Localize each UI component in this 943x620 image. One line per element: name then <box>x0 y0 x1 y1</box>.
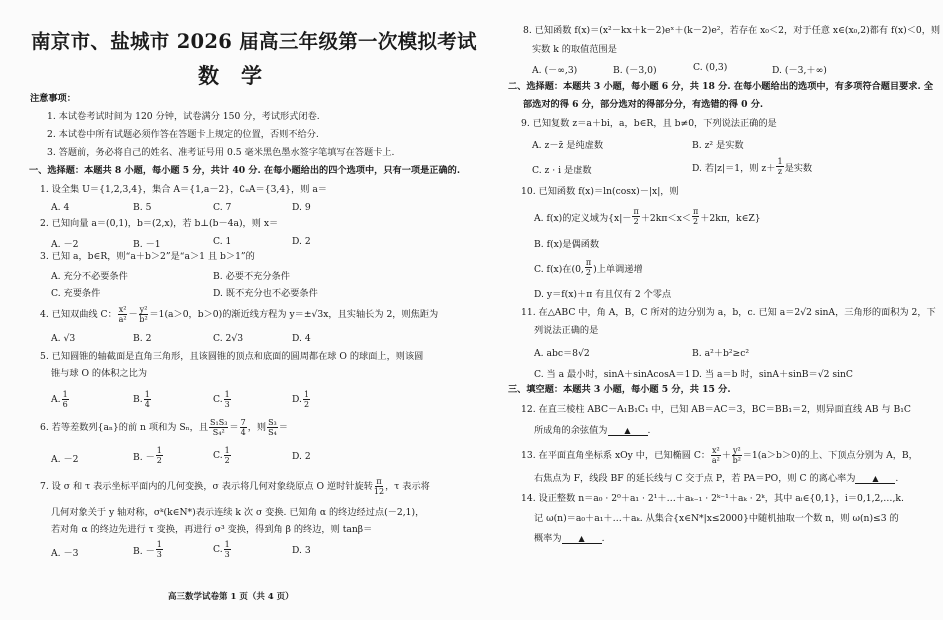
question-1-stem: 1. 设全集 U＝{1,2,3,4}，集合 A＝{1,a－2}，∁ᵤA＝{3,4… <box>40 184 327 196</box>
q3-option-d[interactable]: D. 既不充分也不必要条件 <box>213 285 318 299</box>
q10-option-a-fraction-2: π2 <box>692 207 699 226</box>
question-11-stem-line2: 列说法正确的是 <box>534 325 598 337</box>
q11-option-b[interactable]: B. a²＋b²≥c² <box>692 345 749 359</box>
q2-option-a[interactable]: A. －2 <box>51 236 79 250</box>
q5-option-b[interactable]: B. 14 <box>133 390 152 409</box>
frac-den: 2 <box>304 400 309 409</box>
frac-den: 4 <box>145 400 150 409</box>
q10-option-c-post: )上单调递增 <box>593 261 643 275</box>
frac-num: y² <box>732 446 742 456</box>
q4-option-d[interactable]: D. 4 <box>292 333 311 344</box>
frac-den: S₄² <box>213 428 225 437</box>
question-5-stem-line1: 5. 已知圆锥的轴截面是直角三角形，且该圆锥的顶点和底面的圆周都在球 O 的球面… <box>40 351 423 363</box>
frac-num: S₃ <box>267 418 278 428</box>
q7-stem-pre: 7. 设 σ 和 τ 表示坐标平面内的几何变换，σ 表示将几何对象绕原点 O 逆… <box>40 481 373 493</box>
q4-frac-x-num: x² <box>118 305 128 315</box>
q9-option-d-post: 是实数 <box>785 160 813 174</box>
frac-den: 2 <box>157 456 162 465</box>
q5-option-d[interactable]: D. 12 <box>292 390 311 409</box>
q2-option-c[interactable]: C. 1 <box>213 236 231 247</box>
q6-option-c-label: C. <box>213 450 223 461</box>
question-12-stem-line2: 所成角的余弦值为▲. <box>534 425 650 437</box>
frac-num: 1 <box>156 446 163 456</box>
q6-option-b-fraction: 12 <box>156 446 163 465</box>
q7-option-b-label: B. － <box>133 543 155 557</box>
q11-option-c[interactable]: C. 当 a 最小时，sinA＋sinAcosA＝1 <box>534 366 690 380</box>
q14-answer-blank[interactable]: ▲ <box>562 534 602 544</box>
q5-option-a-label: A. <box>51 394 61 405</box>
q1-option-b[interactable]: B. 5 <box>133 202 151 213</box>
q6-end: ＝ <box>279 422 288 434</box>
frac-den: z <box>778 167 782 176</box>
notice-3: 3. 答题前，务必将自己的姓名、准考证号用 0.5 毫米黑色墨水签字笔填写在答题… <box>47 147 394 159</box>
section-3-heading: 三、填空题：本题共 3 小题，每小题 5 分，共 15 分. <box>508 384 731 396</box>
notice-2: 2. 本试卷中所有试题必须作答在答题卡上规定的位置，否则不给分. <box>47 129 319 141</box>
q6-stem-pre: 6. 若等差数列{aₙ}的前 n 项和为 Sₙ，且 <box>40 422 208 434</box>
q10-option-a-fraction-1: π2 <box>632 207 639 226</box>
q7-fraction-pi-12: π12 <box>374 477 384 496</box>
q8-option-c[interactable]: C. (0,3) <box>693 62 727 73</box>
frac-num: S₁S₃ <box>209 418 228 428</box>
q6-then: ，则 <box>248 422 266 434</box>
q10-option-a[interactable]: A. f(x)的定义域为{x|－ π2 ＋2kπ＜x＜ π2 ＋2kπ，k∈Z} <box>534 207 761 226</box>
q14-end: . <box>602 533 605 544</box>
section-2-heading-line1: 二、选择题：本题共 3 小题，每小题 6 分，共 18 分. 在每小题给出的选项… <box>508 81 933 93</box>
question-14-stem-line3: 概率为▲. <box>534 533 604 545</box>
q6-fraction-1: S₁S₃S₄² <box>209 418 228 437</box>
frac-den: b² <box>733 456 741 465</box>
q11-option-a[interactable]: A. abc＝8√2 <box>534 345 590 359</box>
frac-den: 6 <box>63 400 68 409</box>
frac-num: x² <box>711 446 721 456</box>
notice-heading: 注意事项： <box>30 93 76 105</box>
q4-stem-post: ＝1(a＞0，b＞0)的渐近线方程为 y＝±√3x，且实轴长为 2，则焦距为 <box>149 309 438 321</box>
frac-num: 1 <box>303 390 310 400</box>
q10-option-a-pre: A. f(x)的定义域为{x|－ <box>534 210 631 224</box>
question-14-stem-line1: 14. 设正整数 n＝a₀ · 2⁰＋a₁ · 2¹＋…＋aₖ₋₁ · 2ᵏ⁻¹… <box>521 493 904 505</box>
q6-fraction-3: S₃S₄ <box>267 418 278 437</box>
q5-option-a-fraction: 16 <box>62 390 69 409</box>
frac-num: π <box>692 207 699 217</box>
q6-option-b[interactable]: B. － 12 <box>133 446 164 465</box>
frac-num: 7 <box>240 418 247 428</box>
q3-option-a[interactable]: A. 充分不必要条件 <box>51 268 128 282</box>
q9-option-c[interactable]: C. z · i 是虚数 <box>532 162 592 176</box>
q13-stem-post: ＝1(a＞b＞0)的上、下顶点分别为 A，B， <box>743 450 918 462</box>
frac-den: 2 <box>586 268 591 277</box>
question-14-stem-line2: 记 ω(n)＝a₀＋a₁＋…＋aₖ. 从集合{x∈N*|x≤2000}中随机抽取… <box>534 513 899 525</box>
frac-num: π <box>375 477 382 487</box>
q5-option-b-fraction: 14 <box>144 390 151 409</box>
q7-option-c-label: C. <box>213 544 223 555</box>
q8-option-d[interactable]: D. (－3,＋∞) <box>772 62 827 76</box>
q11-option-d[interactable]: D. 当 a＝b 时，sinA＋sinB＝√2 sinC <box>692 366 853 380</box>
q10-option-d[interactable]: D. y＝f(x)＋π 有且仅有 2 个零点 <box>534 286 671 300</box>
q7-option-a[interactable]: A. －3 <box>51 545 79 559</box>
frac-num: π <box>632 207 639 217</box>
question-4-stem: 4. 已知双曲线 C： x²a² － y²b² ＝1(a＞0，b＞0)的渐近线方… <box>40 305 438 324</box>
q6-option-d[interactable]: D. 2 <box>292 451 311 462</box>
page-footer: 高三数学试卷第 1 页（共 4 页） <box>168 590 294 602</box>
q13-answer-blank[interactable]: ▲ <box>855 474 895 484</box>
q7-option-b-fraction: 13 <box>156 540 163 559</box>
question-8-stem-line1: 8. 已知函数 f(x)＝(x²－kx＋k－2)eˣ＋(k－2)e²，若存在 x… <box>523 25 940 37</box>
frac-den: 2 <box>634 217 639 226</box>
notice-1: 1. 本试卷考试时间为 120 分钟，试卷满分 150 分，考试形式闭卷. <box>47 111 320 123</box>
q12-end: . <box>648 425 651 436</box>
q2-option-d[interactable]: D. 2 <box>292 236 311 247</box>
q4-frac-y-num: y² <box>139 305 149 315</box>
question-7-stem-line2: 几何对象关于 y 轴对称，σᵏ(k∈N*)表示连续 k 次 σ 变换. 已知角 … <box>51 507 424 519</box>
q9-option-d-fraction: 1z <box>776 157 783 176</box>
q3-option-b[interactable]: B. 必要不充分条件 <box>213 268 290 282</box>
q13-fraction-x: x²a² <box>711 446 721 465</box>
q4-frac-x-den: a² <box>119 315 127 324</box>
q10-option-c-pre: C. f(x)在(0, <box>534 261 584 275</box>
q3-option-c[interactable]: C. 充要条件 <box>51 285 100 299</box>
q6-fraction-2: 74 <box>240 418 247 437</box>
exam-title: 南京市、盐城市 2026 届高三年级第一次模拟考试 <box>31 26 477 54</box>
frac-num: 1 <box>144 390 151 400</box>
q12-stem-text: 所成角的余弦值为 <box>534 425 608 436</box>
q7-stem-post: ，τ 表示将 <box>385 481 430 493</box>
q10-option-c-fraction: π2 <box>585 258 592 277</box>
q7-option-c-fraction: 13 <box>224 540 231 559</box>
q5-option-d-label: D. <box>292 394 302 405</box>
q6-equals: ＝ <box>229 422 238 434</box>
q9-option-b[interactable]: B. z² 是实数 <box>692 137 744 151</box>
q13-fraction-y: y²b² <box>732 446 742 465</box>
subject-title: 数学 <box>198 60 284 90</box>
q5-option-c-fraction: 13 <box>224 390 231 409</box>
question-8-stem-line2: 实数 k 的取值范围是 <box>532 44 617 56</box>
q5-option-d-fraction: 12 <box>303 390 310 409</box>
q2-option-b[interactable]: B. －1 <box>133 236 161 250</box>
q6-option-b-label: B. － <box>133 449 155 463</box>
q9-option-a[interactable]: A. z－z̄ 是纯虚数 <box>532 137 603 151</box>
q13-stem-text: 右焦点为 F，线段 BF 的延长线与 C 交于点 P，若 PA＝PO，则 C 的… <box>534 473 855 484</box>
question-6-stem: 6. 若等差数列{aₙ}的前 n 项和为 Sₙ，且 S₁S₃S₄² ＝ 74 ，… <box>40 418 288 437</box>
q9-option-d[interactable]: D. 若|z|＝1，则 z＋ 1z 是实数 <box>692 157 812 176</box>
q4-fraction-x: x²a² <box>118 305 128 324</box>
frac-den: 3 <box>225 400 230 409</box>
frac-num: 1 <box>224 540 231 550</box>
frac-den: 3 <box>157 550 162 559</box>
q7-option-b[interactable]: B. － 13 <box>133 540 164 559</box>
frac-num: 1 <box>62 390 69 400</box>
q9-option-d-pre: D. 若|z|＝1，则 z＋ <box>692 160 775 174</box>
q8-option-b[interactable]: B. (－3,0) <box>613 62 657 76</box>
frac-num: 1 <box>156 540 163 550</box>
frac-den: 4 <box>241 428 246 437</box>
question-13-stem-line1: 13. 在平面直角坐标系 xOy 中，已知椭圆 C： x²a² ＋ y²b² ＝… <box>521 446 918 465</box>
q4-fraction-y: y²b² <box>139 305 149 324</box>
section-1-heading: 一、选择题：本题共 8 小题，每小题 5 分，共计 40 分. 在每小题给出的四… <box>29 165 460 177</box>
question-7-stem-line3: 若对角 α 的终边先进行 τ 变换，再进行 σ³ 变换，得到角 β 的终边，则 … <box>51 524 372 536</box>
q4-option-b[interactable]: B. 2 <box>133 333 151 344</box>
section-2-heading-line2: 部选对的得 6 分，部分选对的得部分分，有选错的得 0 分. <box>523 99 763 111</box>
q13-end: . <box>895 473 898 484</box>
q12-answer-blank[interactable]: ▲ <box>608 426 648 436</box>
question-3-stem: 3. 已知 a，b∈R，则“a＋b＞2”是“a＞1 且 b＞1”的 <box>40 251 255 263</box>
q6-option-c[interactable]: C. 12 <box>213 446 232 465</box>
frac-den: 2 <box>225 456 230 465</box>
question-9-stem: 9. 已知复数 z＝a＋bi，a，b∈R，且 b≠0，下列说法正确的是 <box>521 118 777 130</box>
question-2-stem: 2. 已知向量 a＝(0,1)，b＝(2,x)，若 b⊥(b－4a)，则 x＝ <box>40 218 278 230</box>
question-7-stem-line1: 7. 设 σ 和 τ 表示坐标平面内的几何变换，σ 表示将几何对象绕原点 O 逆… <box>40 477 430 496</box>
q5-option-c-label: C. <box>213 394 223 405</box>
q4-option-a[interactable]: A. √3 <box>51 333 75 344</box>
question-12-stem-line1: 12. 在直三棱柱 ABC－A₁B₁C₁ 中，已知 AB＝AC＝3，BC＝BB₁… <box>521 404 911 416</box>
q14-stem-text: 概率为 <box>534 533 562 544</box>
question-10-stem: 10. 已知函数 f(x)＝ln(cosx)－|x|，则 <box>521 186 679 198</box>
q5-option-c[interactable]: C. 13 <box>213 390 232 409</box>
q6-option-c-fraction: 12 <box>224 446 231 465</box>
q10-option-b[interactable]: B. f(x)是偶函数 <box>534 236 599 250</box>
q10-option-a-mid: ＋2kπ＜x＜ <box>641 210 691 224</box>
q1-option-d[interactable]: D. 9 <box>292 202 311 213</box>
frac-den: S₄ <box>268 428 277 437</box>
q1-option-a[interactable]: A. 4 <box>51 202 69 213</box>
q5-option-b-label: B. <box>133 394 143 405</box>
question-13-stem-line2: 右焦点为 F，线段 BF 的延长线与 C 交于点 P，若 PA＝PO，则 C 的… <box>534 473 898 485</box>
question-11-stem-line1: 11. 在△ABC 中，角 A，B，C 所对的边分别为 a，b，c. 已知 a＝… <box>521 307 936 319</box>
frac-den: a² <box>712 456 720 465</box>
q4-stem-pre: 4. 已知双曲线 C： <box>40 309 117 321</box>
frac-num: π <box>585 258 592 268</box>
q10-option-a-post: ＋2kπ，k∈Z} <box>700 210 760 224</box>
q5-option-a[interactable]: A. 16 <box>51 390 70 409</box>
q7-option-d[interactable]: D. 3 <box>292 545 311 556</box>
q4-frac-y-den: b² <box>139 315 147 324</box>
q13-stem-pre: 13. 在平面直角坐标系 xOy 中，已知椭圆 C： <box>521 450 710 462</box>
frac-den: 12 <box>374 487 384 496</box>
q10-option-c[interactable]: C. f(x)在(0, π2 )上单调递增 <box>534 258 643 277</box>
q1-option-c[interactable]: C. 7 <box>213 202 231 213</box>
frac-den: 3 <box>225 550 230 559</box>
frac-num: 1 <box>224 390 231 400</box>
q8-option-a[interactable]: A. (－∞,3) <box>532 62 577 76</box>
frac-num: 1 <box>776 157 783 167</box>
q7-option-c[interactable]: C. 13 <box>213 540 232 559</box>
frac-num: 1 <box>224 446 231 456</box>
question-5-stem-line2: 锥与球 O 的体积之比为 <box>51 368 147 380</box>
q4-option-c[interactable]: C. 2√3 <box>213 333 243 344</box>
frac-den: 2 <box>693 217 698 226</box>
q6-option-a[interactable]: A. －2 <box>51 451 79 465</box>
